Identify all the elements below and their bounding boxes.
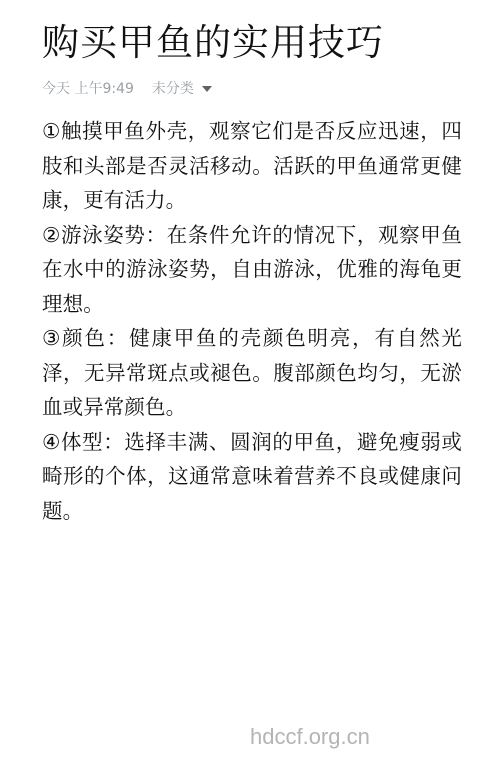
note-title[interactable]: 购买甲鱼的实用技巧 xyxy=(42,18,384,68)
caret-down-icon xyxy=(202,86,212,92)
note-timestamp: 今天 上午9:49 xyxy=(42,79,134,99)
watermark: hdccf.org.cn xyxy=(250,723,370,751)
paragraph-swimming-posture: ②游泳姿势：在条件允许的情况下，观察甲鱼在水中的游泳姿势，自由游泳，优雅的海龟更… xyxy=(42,218,462,322)
note-meta: 今天 上午9:49 未分类 xyxy=(42,79,212,99)
paragraph-body-shape: ④体型：选择丰满、圆润的甲鱼，避免瘦弱或畸形的个体，这通常意味着营养不良或健康问… xyxy=(42,425,462,529)
paragraph-color: ③颜色：健康甲鱼的壳颜色明亮，有自然光泽，无异常斑点或褪色。腹部颜色均匀，无淤血… xyxy=(42,321,462,425)
category-label: 未分类 xyxy=(152,79,194,99)
note-body[interactable]: ①触摸甲鱼外壳，观察它们是否反应迅速，四肢和头部是否灵活移动。活跃的甲鱼通常更健… xyxy=(42,114,462,528)
category-dropdown[interactable]: 未分类 xyxy=(152,79,212,99)
paragraph-touch-shell: ①触摸甲鱼外壳，观察它们是否反应迅速，四肢和头部是否灵活移动。活跃的甲鱼通常更健… xyxy=(42,114,462,218)
